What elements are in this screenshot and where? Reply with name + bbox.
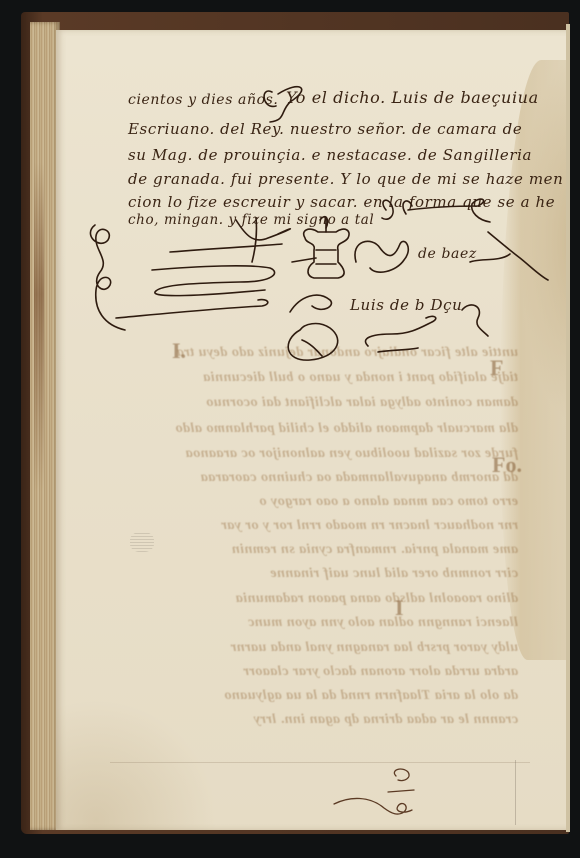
- bleed-line: uldy yaror prsrb laa ranagnn ynal anda u…: [118, 640, 518, 656]
- bleed-line: tidje alaifido pant i nonda y uano o bul…: [118, 370, 518, 386]
- manuscript-line: cion lo fize escreuir y sacar. en la for…: [128, 193, 555, 211]
- bleed-line: dd anormb anaquvallanmada oa chuinno cao…: [118, 470, 518, 486]
- manuscript-line: cientos y dies años.: [128, 92, 278, 108]
- margin-rule-vertical: [515, 760, 516, 825]
- bleed-line: rnr nodhaucr lnacnr rn moado rrnl ror y …: [118, 518, 518, 534]
- bleed-line: crannn le ar adaa drirna dp agan inn. lr…: [118, 712, 518, 728]
- signature-text-upper: de baez: [418, 246, 477, 262]
- bleed-line: erro tomo caa mnaa alano a oao rargoy o: [118, 494, 518, 510]
- bleed-line: ardra urrda alorr aronan daclo yrar claa…: [118, 664, 518, 680]
- bleed-line: dlino raoaolnl adlsdo aana paaon radamun…: [118, 591, 518, 607]
- manuscript-line: de granada. fui presente. Y lo que de mi…: [128, 170, 563, 188]
- bleed-line: da olo la aria Tlaafnrn rnnd da la ua ag…: [118, 688, 518, 704]
- manuscript-line: Yo el dicho. Luis de baeçuiua: [286, 88, 539, 107]
- manuscript-line: cho, mingan. y fize mi signo a tal: [128, 212, 374, 228]
- bleed-line: furde zor sazilad uoolibuo yen aalnonijo…: [118, 446, 518, 462]
- margin-rule-horizontal: [110, 762, 530, 763]
- bleed-mark: F: [490, 355, 503, 381]
- bleed-line: llaenci ranngnn odlan aolo ynn ayon munc: [118, 615, 518, 631]
- bleed-mark: Fo.: [492, 452, 522, 478]
- page-right-edge: [566, 24, 570, 832]
- manuscript-line: su Mag. de prouinçia. e nestacase. de Sa…: [128, 146, 532, 164]
- bleed-mark: I.: [172, 338, 186, 364]
- bleed-line: daman coninto adlyga ialar alclifiant da…: [118, 395, 518, 411]
- bleed-line: dla marcualr dapmaon aliddo el chilid pa…: [118, 421, 518, 437]
- bleed-line: cirr ronmnb orer alid lunc uaif rinanne: [118, 566, 518, 582]
- bleed-mark: I: [395, 595, 404, 621]
- signature-text-name: Luis de b Dçu: [350, 296, 462, 314]
- manuscript-line: Escriuano. del Rey. nuestro señor. de ca…: [128, 120, 522, 138]
- bleed-line: ame manala pnria. rnmanfra cynia sn remn…: [118, 542, 518, 558]
